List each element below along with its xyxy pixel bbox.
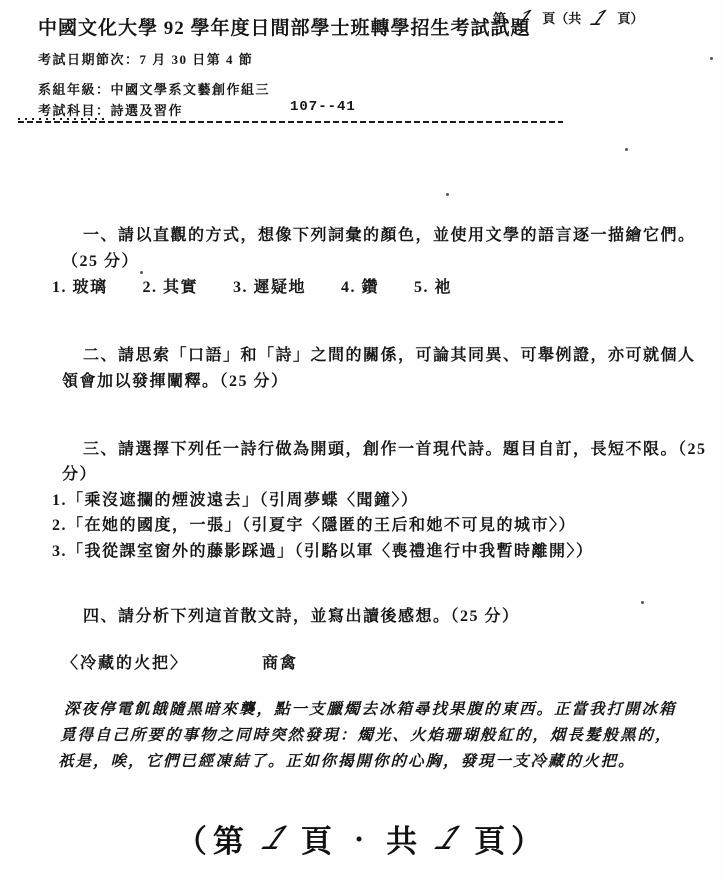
scan-speck <box>625 148 628 151</box>
poem-author: 商禽 <box>262 650 298 673</box>
question-4-line-1: 四、請分析下列這首散文詩，並寫出讀後感想。（25 分） <box>83 603 520 626</box>
scan-speck <box>710 57 713 60</box>
question-3-option-3: 3.「我從課室窗外的藤影踩過」（引駱以軍〈喪禮進行中我暫時離開〉） <box>52 538 594 561</box>
page-marker-suffix: 頁） <box>618 8 644 27</box>
question-1-line-1: 一、請以直觀的方式，想像下列詞彙的顏色，並使用文學的語言逐一描繪它們。 <box>83 222 696 245</box>
question-2-line-2: 領會加以發揮闡釋。（25 分） <box>62 368 289 391</box>
footer-page-indicator: （第 1 頁 · 共 1 頁） <box>0 816 724 861</box>
course-code: 107--41 <box>290 99 356 115</box>
page-marker-prefix: 第 <box>493 8 506 27</box>
exam-date-line: 考試日期節次：7 月 30 日第 4 節 <box>38 49 253 68</box>
department-line: 系組年級：中國文學系文藝創作組三 <box>38 79 270 98</box>
scanned-exam-page: 中國文化大學 92 學年度日間部學士班轉學招生考試試題 第 1 頁（共 1 頁）… <box>0 0 724 880</box>
poem-text-line-2: 覓得自己所要的事物之同時突然發現：燭光、火焰珊瑚般紅的，烟長髮般黑的， <box>60 723 673 745</box>
question-1-score: （25 分） <box>62 248 139 271</box>
scan-speck <box>641 601 644 604</box>
question-3-option-2: 2.「在她的國度，一張」（引夏宇〈隱匿的王后和她不可見的城市〉） <box>52 512 576 535</box>
footer-total-label: 共 <box>386 816 423 861</box>
scan-speck <box>530 447 533 450</box>
poem-text-line-1: 深夜停電飢餓隨黑暗來襲，點一支臘燭去冰箱尋找果腹的東西。正當我打開冰箱 <box>64 697 677 719</box>
footer-page-char: 頁 <box>301 816 338 861</box>
footer-handwritten-page-number: 1 <box>256 819 296 858</box>
poem-title: 〈冷藏的火把〉 <box>62 650 188 673</box>
handwritten-total-pages: 1 <box>588 9 610 27</box>
question-3-line-1: 三、請選擇下列任一詩行做為開頭，創作一首現代詩。題目自訂，長短不限。（25 <box>83 436 707 459</box>
question-3-option-1: 1.「乘沒遮攔的煙波遠去」（引周夢蝶〈聞鐘〉） <box>52 487 419 510</box>
footer-handwritten-total-pages: 1 <box>429 819 469 858</box>
subject-line: 考試科目：詩選及習作 <box>38 100 183 119</box>
scan-speck <box>140 271 143 274</box>
poem-text-line-3: 祇是，唉，它們已經凍結了。正如你揭開你的心胸，發現一支冷藏的火把。 <box>58 749 636 771</box>
question-2-line-1: 二、請思索「口語」和「詩」之間的關係，可論其同異、可舉例證，亦可就個人 <box>83 342 696 365</box>
dashed-separator <box>18 121 563 123</box>
page-marker: 第 1 頁（共 1 頁） <box>493 8 644 27</box>
footer-close: 頁） <box>474 816 548 861</box>
footer-open: （第 <box>176 816 250 861</box>
question-1-word-list: 1. 玻璃 2. 其實 3. 遲疑地 4. 鑽 5. 祂 <box>52 274 452 297</box>
handwritten-page-number: 1 <box>513 9 535 27</box>
question-3-line-2: 分） <box>62 461 97 484</box>
page-title: 中國文化大學 92 學年度日間部學士班轉學招生考試試題 <box>38 13 531 40</box>
scan-speck <box>446 193 449 196</box>
page-marker-middle: 頁（共 <box>542 8 581 27</box>
footer-dot: · <box>354 821 370 857</box>
